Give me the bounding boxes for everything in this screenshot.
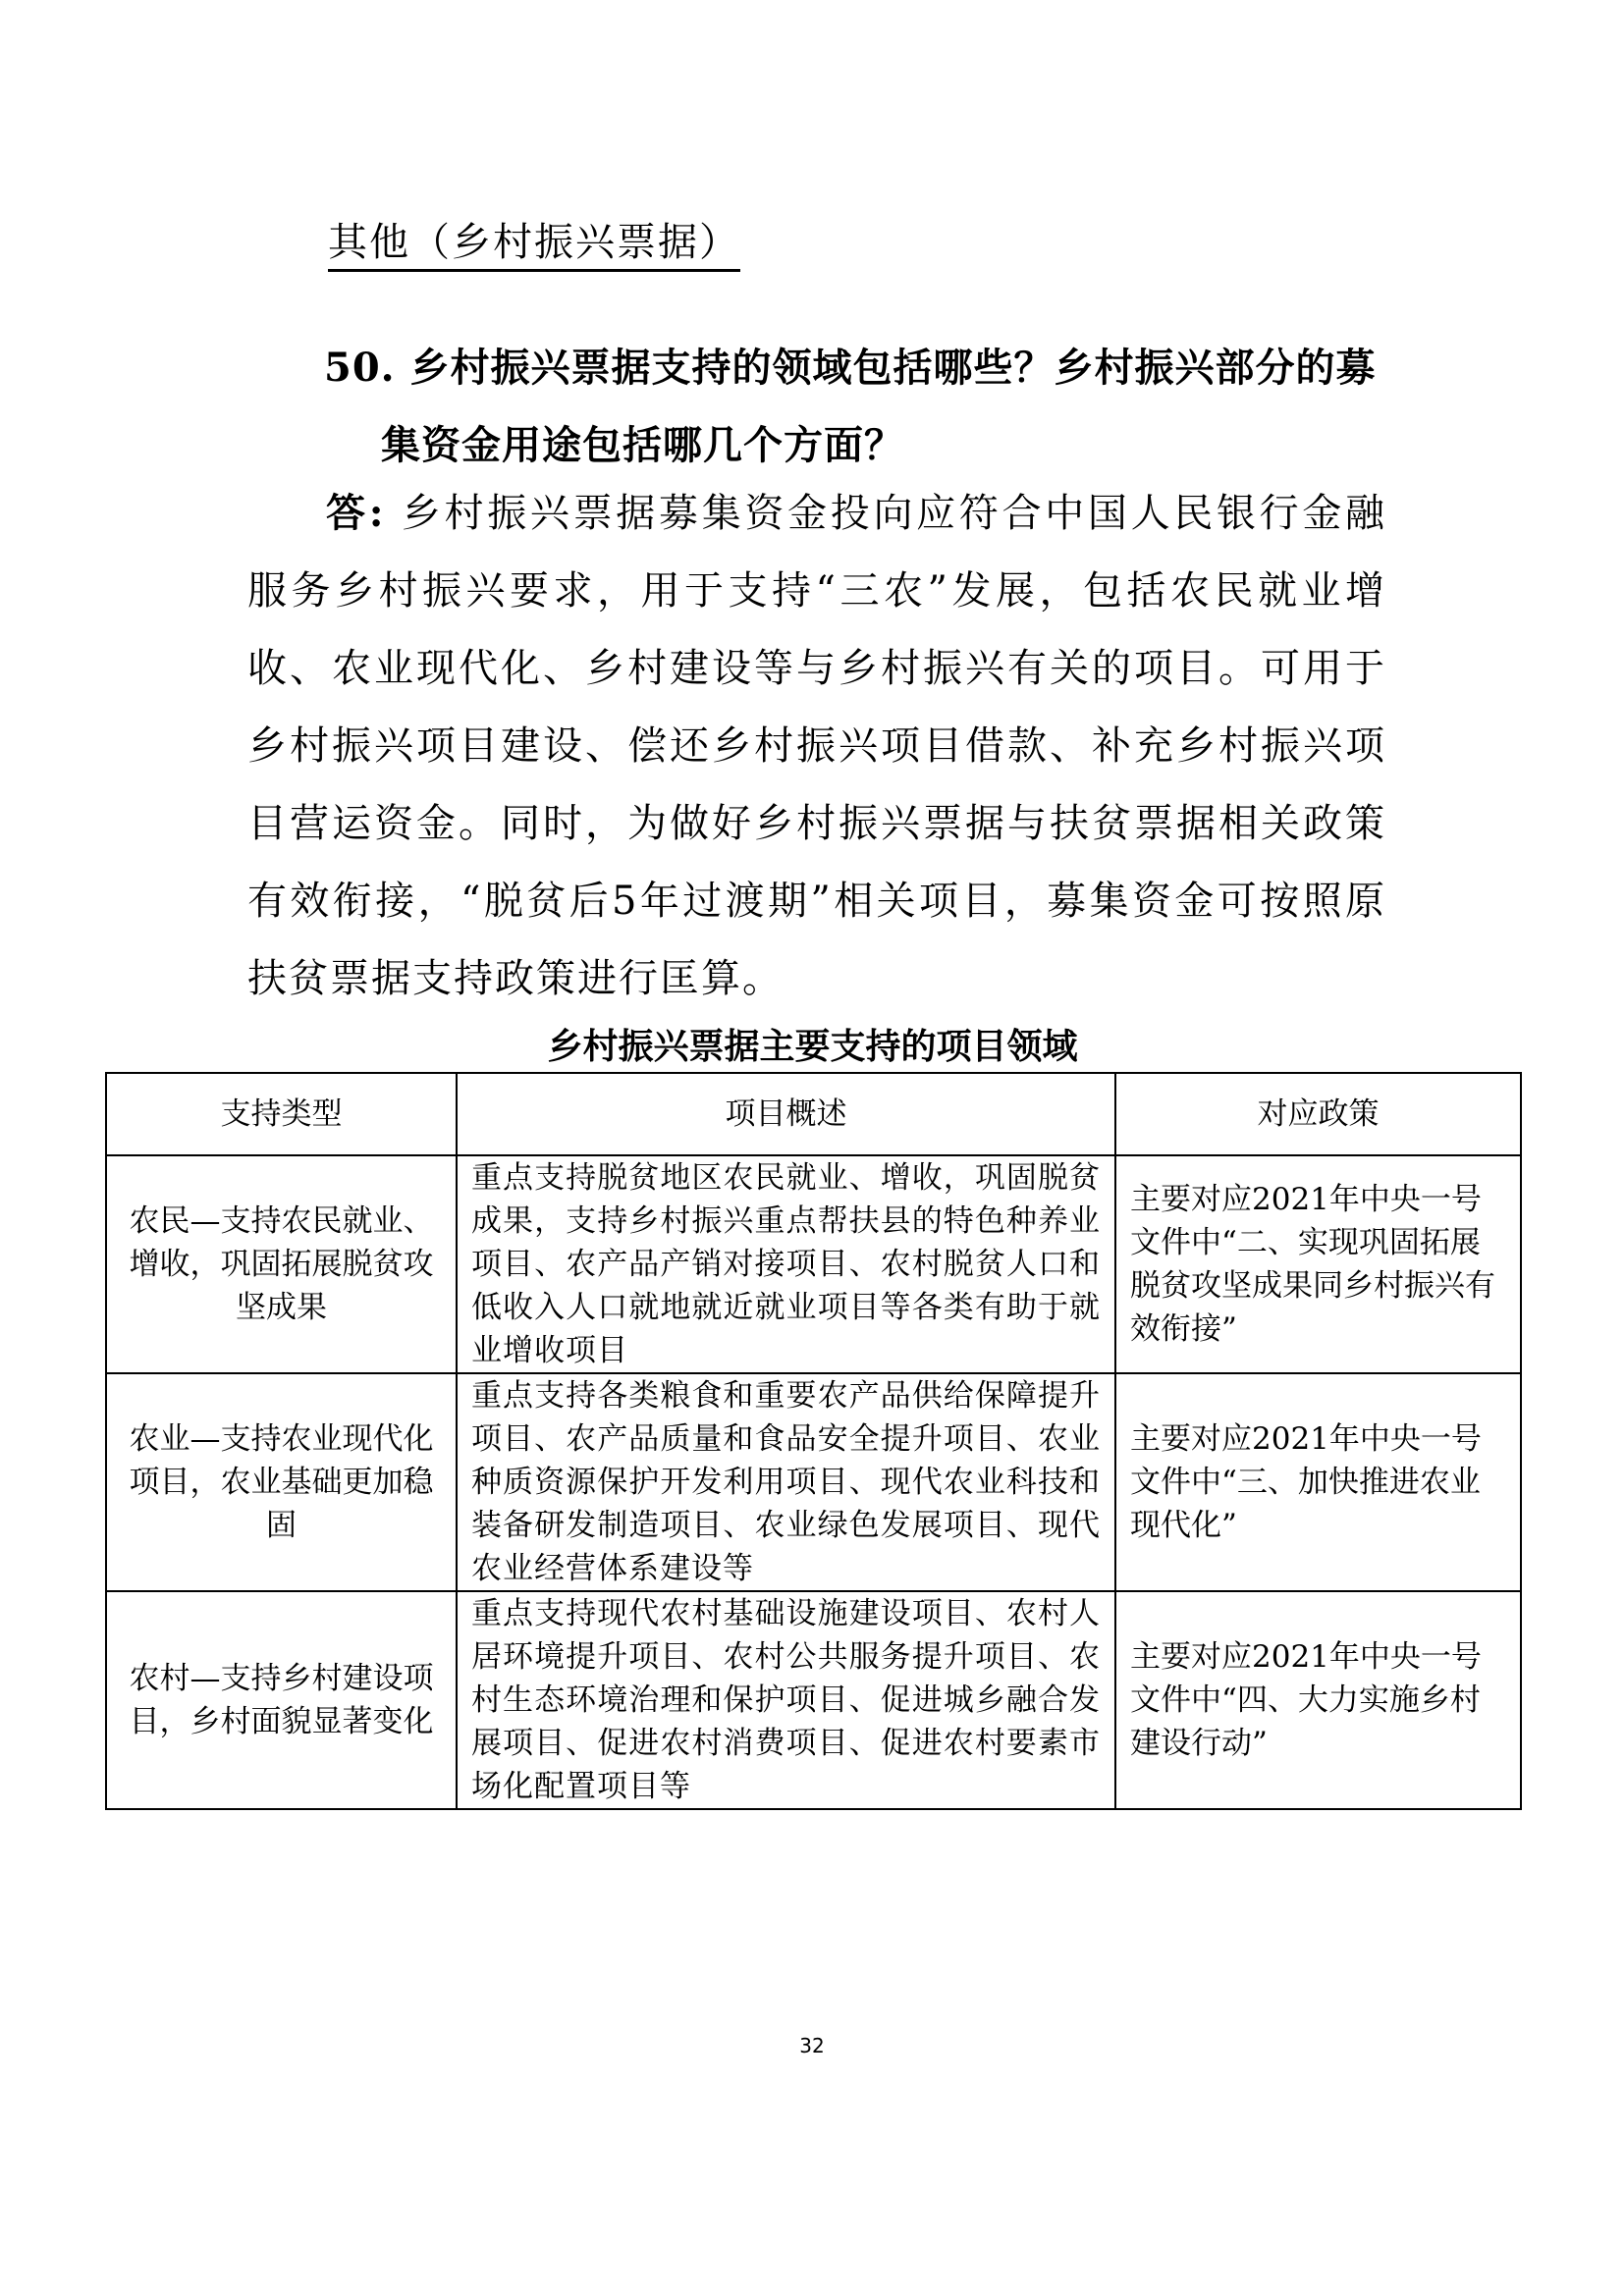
support-areas-table: 支持类型 项目概述 对应政策 农民—支持农民就业、增收，巩固拓展脱贫攻坚成果 重…	[105, 1072, 1522, 1810]
cell-project-overview: 重点支持各类粮食和重要农产品供给保障提升项目、农产品质量和食品安全提升项目、农业…	[457, 1373, 1115, 1591]
cell-policy: 主要对应2021年中央一号文件中“三、加快推进农业现代化”	[1115, 1373, 1521, 1591]
cell-support-type: 农业—支持农业现代化项目，农业基础更加稳固	[106, 1373, 457, 1591]
header-support-type: 支持类型	[106, 1073, 457, 1155]
answer-lead: 答:	[326, 490, 385, 536]
table-row: 农村—支持乡村建设项目，乡村面貌显著变化 重点支持现代农村基础设施建设项目、农村…	[106, 1591, 1521, 1809]
table-row: 农业—支持农业现代化项目，农业基础更加稳固 重点支持各类粮食和重要农产品供给保障…	[106, 1373, 1521, 1591]
cell-support-type: 农民—支持农民就业、增收，巩固拓展脱贫攻坚成果	[106, 1155, 457, 1373]
section-title: 其他（乡村振兴票据）	[328, 218, 740, 272]
cell-project-overview: 重点支持脱贫地区农民就业、增收，巩固脱贫成果，支持乡村振兴重点帮扶县的特色种养业…	[457, 1155, 1115, 1373]
table-header-row: 支持类型 项目概述 对应政策	[106, 1073, 1521, 1155]
cell-policy: 主要对应2021年中央一号文件中“二、实现巩固拓展脱贫攻坚成果同乡村振兴有效衔接…	[1115, 1155, 1521, 1373]
page-number: 32	[0, 2034, 1624, 2057]
question-heading: 50. 乡村振兴票据支持的领域包括哪些？乡村振兴部分的募 集资金用途包括哪几个方…	[324, 329, 1414, 484]
header-policy: 对应政策	[1115, 1073, 1521, 1155]
cell-policy: 主要对应2021年中央一号文件中“四、大力实施乡村建设行动”	[1115, 1591, 1521, 1809]
table-caption: 乡村振兴票据主要支持的项目领域	[105, 1025, 1520, 1068]
question-line-2: 集资金用途包括哪几个方面？	[324, 406, 1414, 484]
question-number: 50.	[324, 345, 396, 391]
header-project-overview: 项目概述	[457, 1073, 1115, 1155]
cell-project-overview: 重点支持现代农村基础设施建设项目、农村人居环境提升项目、农村公共服务提升项目、农…	[457, 1591, 1115, 1809]
answer-text: 乡村振兴票据募集资金投向应符合中国人民银行金融服务乡村振兴要求，用于支持“三农”…	[247, 491, 1386, 1001]
table-row: 农民—支持农民就业、增收，巩固拓展脱贫攻坚成果 重点支持脱贫地区农民就业、增收，…	[106, 1155, 1521, 1373]
answer-paragraph: 答: 乡村振兴票据募集资金投向应符合中国人民银行金融服务乡村振兴要求，用于支持“…	[247, 474, 1386, 1018]
cell-support-type: 农村—支持乡村建设项目，乡村面貌显著变化	[106, 1591, 457, 1809]
question-line-1: 乡村振兴票据支持的领域包括哪些？乡村振兴部分的募	[410, 345, 1377, 391]
